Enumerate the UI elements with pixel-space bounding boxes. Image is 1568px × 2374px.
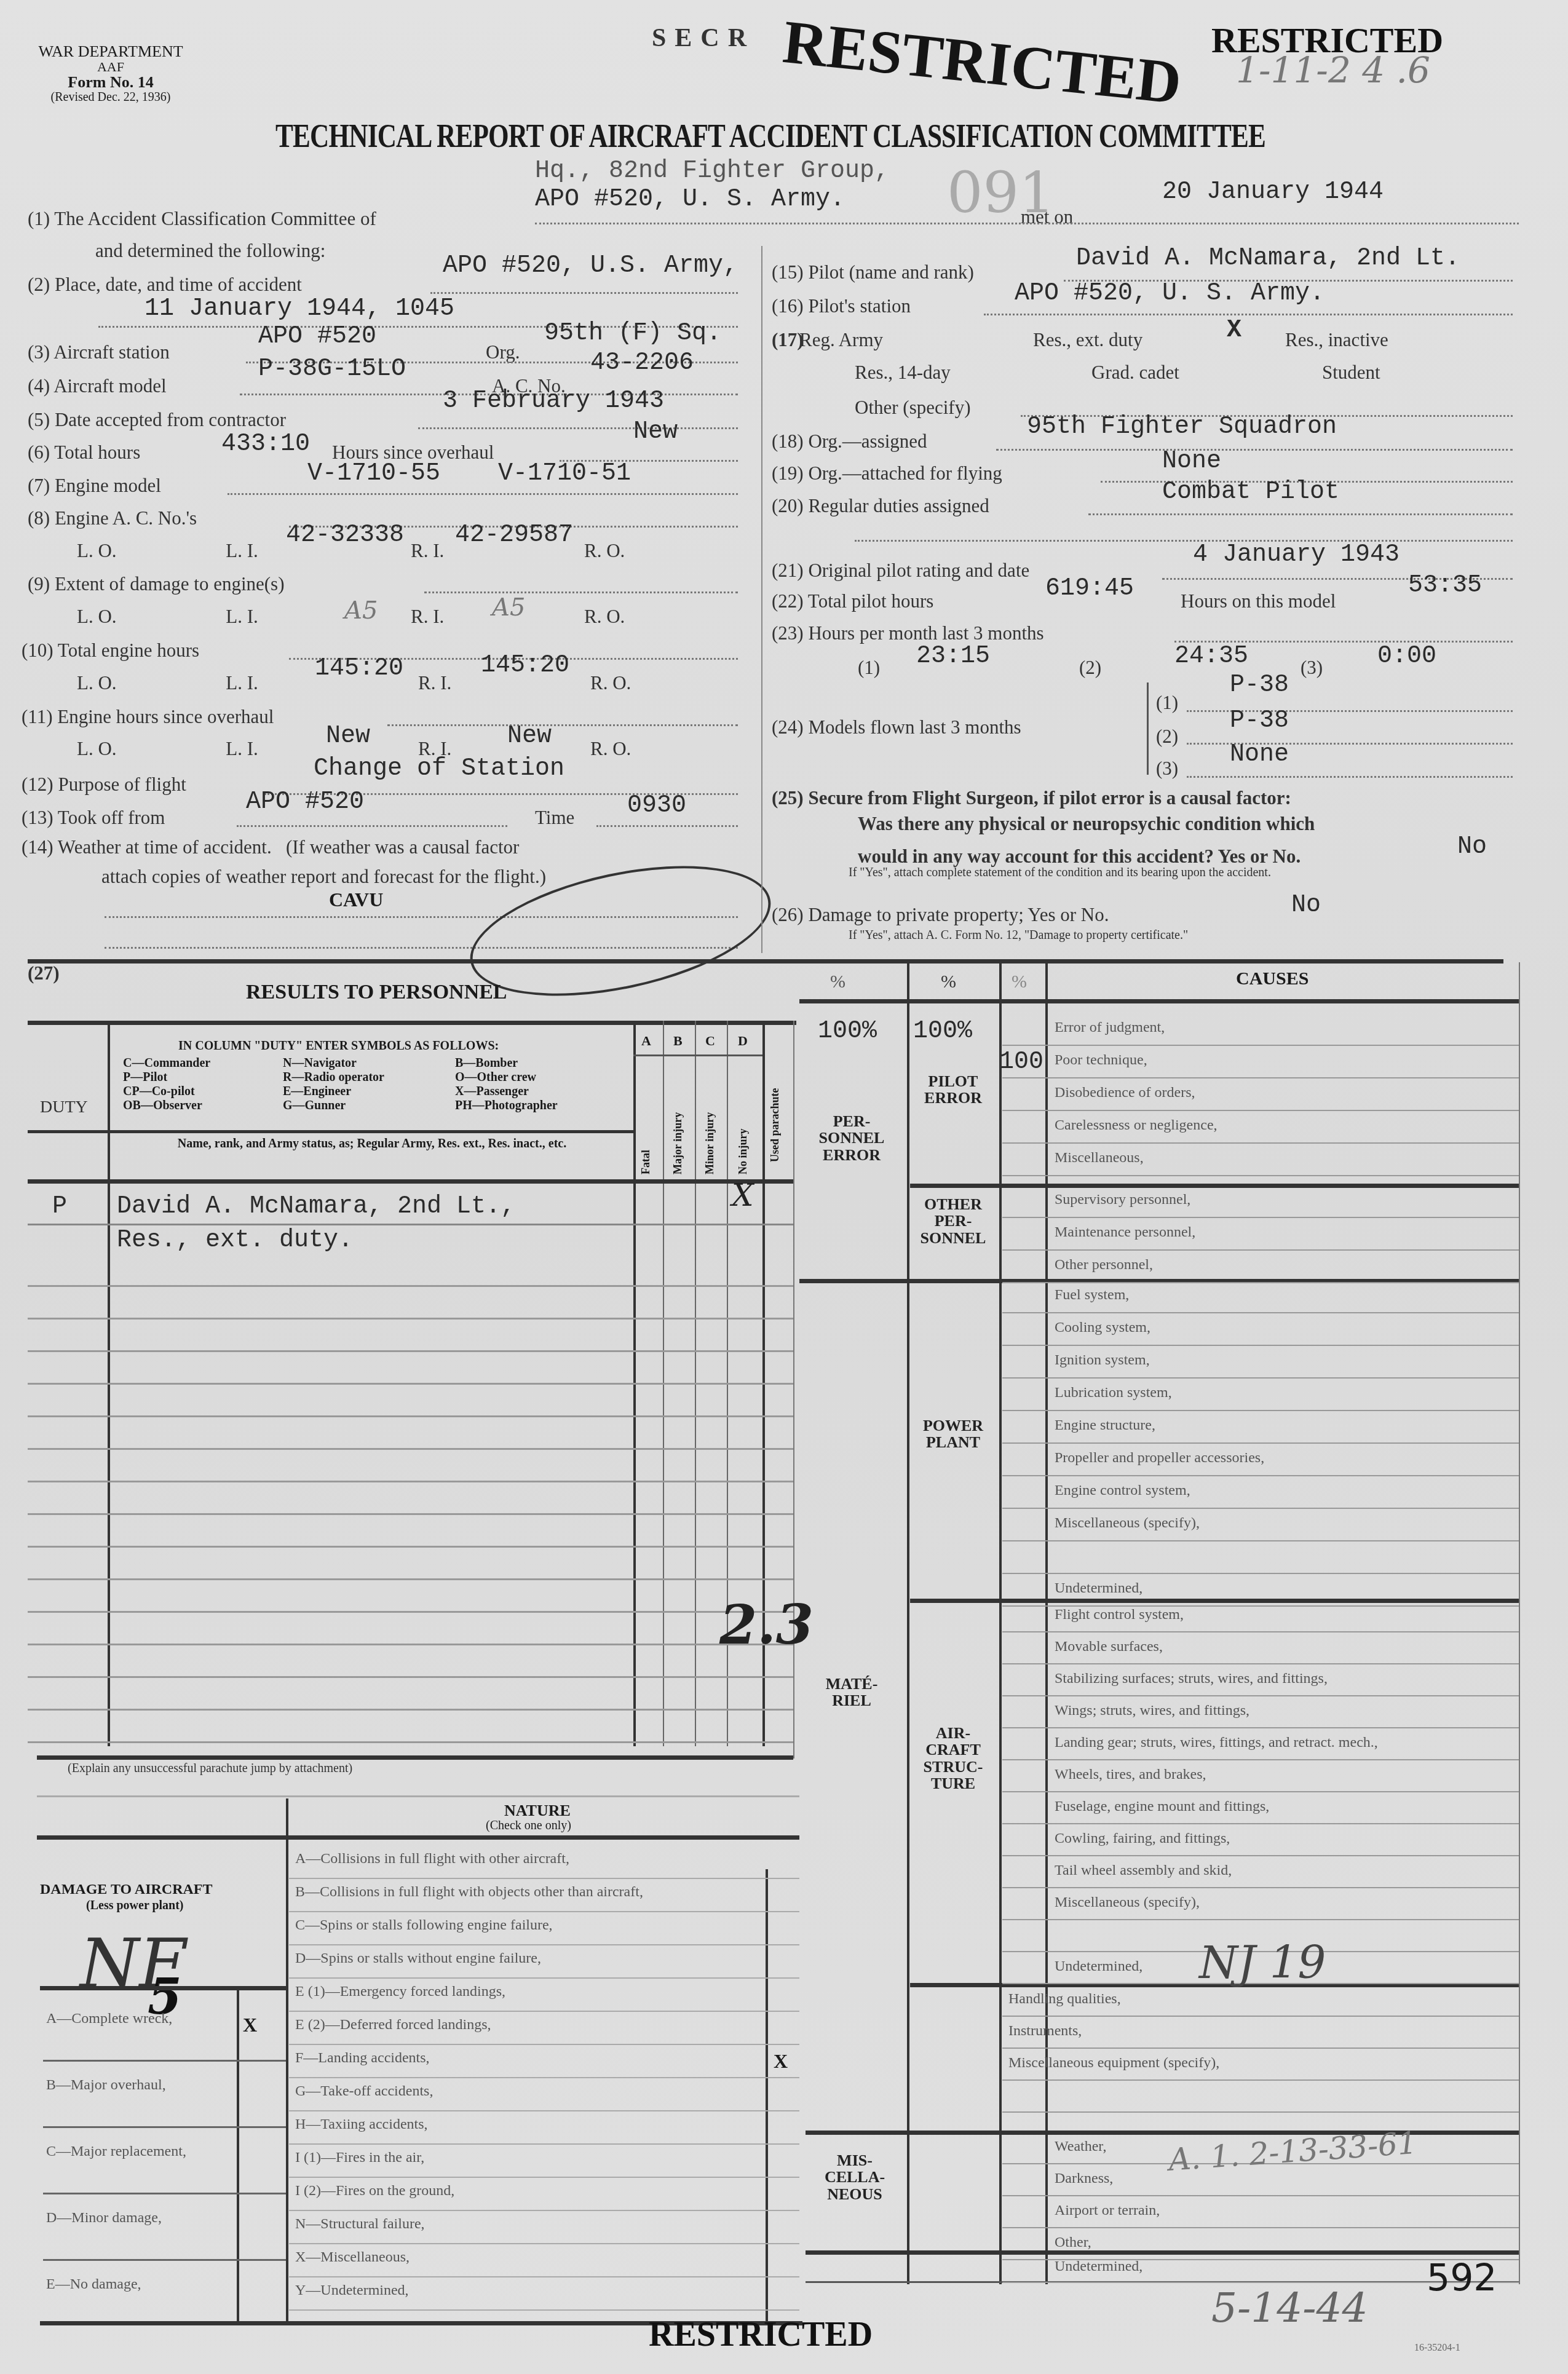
total-pilot-hours-label: (22) Total pilot hours [772, 590, 933, 612]
cause-item: Miscellaneous (specify), [1055, 1515, 1200, 1532]
cause-item: Wheels, tires, and brakes, [1055, 1767, 1206, 1783]
nature-option[interactable]: A—Collisions in full flight with other a… [295, 1851, 569, 1867]
col-used-parachute: Used parachute [769, 1088, 782, 1163]
nature-option[interactable]: X—Miscellaneous, [295, 2249, 410, 2266]
status-res-inactive: Res., inactive [1285, 329, 1388, 351]
field-place-label: (2) Place, date, and time of accident [28, 274, 302, 296]
models-brace [1147, 683, 1154, 775]
engine-ac-ri-label: R. I. [411, 540, 444, 562]
nature-option[interactable]: G—Take-off accidents, [295, 2083, 433, 2100]
field-purpose-label: (12) Purpose of flight [22, 774, 186, 796]
pilot-station-label: (16) Pilot's station [772, 295, 911, 317]
personnel-error-label: PER-SONNELERROR [799, 1113, 904, 1163]
monthly-2-value: 24:35 [1174, 643, 1248, 670]
engine-overhaul-li: New [326, 722, 370, 750]
property-note: If "Yes", attach A. C. Form No. 12, "Dam… [849, 928, 1188, 943]
other-personnel-label: OTHERPER-SONNEL [910, 1196, 996, 1246]
engine-overhaul-row: L. O. L. I. [77, 738, 258, 760]
cause-item: Darkness, [1055, 2170, 1113, 2187]
nature-option[interactable]: I (2)—Fires on the ground, [295, 2183, 454, 2199]
engine-hours-li: 145:20 [315, 655, 403, 683]
engine-hours-ro-label: R. O. [590, 672, 631, 694]
field-aircraft-model-label: (4) Aircraft model [28, 375, 167, 397]
duties-label: (20) Regular duties assigned [772, 495, 989, 517]
symbols-grid: C—CommanderN—NavigatorB—Bomber P—PilotR—… [123, 1056, 615, 1113]
nature-option[interactable]: F—Landing accidents, [295, 2050, 430, 2067]
power-plant-label: POWERPLANT [910, 1417, 996, 1451]
field-date-accepted-value: 3 February 1943 [443, 387, 664, 415]
cause-item: Supervisory personnel, [1055, 1192, 1190, 1208]
pilot-error-pct: 100% [913, 1018, 972, 1045]
cause-item: Undetermined, [1055, 2258, 1142, 2275]
field-weather-note2: attach copies of weather report and fore… [101, 866, 546, 888]
nature-option[interactable]: I (1)—Fires in the air, [295, 2150, 424, 2166]
damage-option[interactable]: D—Minor damage, [46, 2210, 162, 2226]
field-took-off-label: (13) Took off from [22, 807, 165, 829]
property-label: (26) Damage to private property; Yes or … [772, 904, 1109, 926]
status-grad-cadet: Grad. cadet [1091, 362, 1179, 384]
personnel-row-lines [28, 1254, 793, 1746]
form-revised: (Revised Dec. 22, 1936) [6, 91, 215, 104]
nature-check-mark: X [774, 2050, 788, 2073]
committee-label: (1) The Accident Classification Committe… [28, 208, 376, 230]
cause-item: Handling qualities, [1008, 1991, 1121, 2008]
pilot-error-label: PILOTERROR [910, 1073, 996, 1107]
cause-item: Miscellaneous, [1055, 1150, 1144, 1166]
pct-header-2: % [941, 971, 956, 992]
handwritten-nj: NJ 19 [1199, 1937, 1326, 1988]
engine-overhaul-ro-label: R. O. [590, 738, 631, 760]
committee-unit-line1: Hq., 82nd Fighter Group, [535, 157, 889, 185]
engine-ac-li: 42-32338 [286, 521, 404, 549]
damage-option[interactable]: A—Complete wreck, [46, 2011, 172, 2027]
engine-hours-ri-label: R. I. [418, 672, 451, 694]
rating-value: 4 January 1943 [1193, 541, 1400, 569]
restricted-stamp-large: RESTRICTED [780, 6, 1185, 118]
col-letter-b: B [673, 1033, 683, 1049]
committee-num: (1) [28, 208, 50, 229]
symbols-title: IN COLUMN "DUTY" ENTER SYMBOLS AS FOLLOW… [178, 1039, 499, 1053]
surgeon-line2: Was there any physical or neuropsychic c… [858, 813, 1315, 835]
col-no-injury: No injury [737, 1128, 750, 1174]
engine-damage-row: L. O. L. I. [77, 606, 258, 628]
parachute-footnote: (Explain any unsuccessful parachute jump… [68, 1762, 352, 1776]
engine-hours-ri: 145:20 [481, 652, 569, 679]
field-aircraft-model-value: P-38G-15LO [258, 355, 406, 383]
models-1-idx: (1) [1156, 692, 1178, 714]
nature-option[interactable]: Y—Undetermined, [295, 2282, 409, 2299]
models-3-value: None [1230, 741, 1289, 769]
nature-option[interactable]: H—Taxiing accidents, [295, 2116, 428, 2133]
org-assigned-value: 95th Fighter Squadron [1027, 413, 1337, 441]
cause-item: Other personnel, [1055, 1257, 1153, 1273]
nature-option[interactable]: E (1)—Emergency forced landings, [295, 1984, 505, 2000]
cause-item: Miscellaneous (specify), [1055, 1894, 1200, 1911]
engine-ac-ri: 42-29587 [455, 521, 573, 549]
status-student: Student [1322, 362, 1380, 384]
col-fatal: Fatal [639, 1150, 652, 1174]
footer-restricted: RESTRICTED [649, 2315, 873, 2354]
field-engine-ac-label: (8) Engine A. C. No.'s [28, 507, 197, 529]
damage-check-mark: X [243, 2014, 257, 2036]
col-minor-injury: Minor injury [703, 1112, 716, 1174]
personnel-error-pct: 100% [818, 1018, 877, 1045]
personnel-title: RESULTS TO PERSONNEL [246, 981, 507, 1004]
field-total-hours-value: 433:10 [221, 430, 310, 458]
engine-hours-row: L. O. L. I. [77, 672, 258, 694]
committee-text: The Accident Classification Committee of [54, 208, 376, 229]
cause-item: Fuel system, [1055, 1287, 1129, 1304]
damage-option[interactable]: C—Major replacement, [46, 2143, 186, 2160]
miscellaneous-label: MIS-CELLA-NEOUS [802, 2152, 907, 2202]
status-num: (17) [772, 329, 804, 351]
cause-item: Propeller and propeller accessories, [1055, 1450, 1264, 1466]
damage-subheader: (Less power plant) [86, 1899, 184, 1913]
cause-item: Undetermined, [1055, 1958, 1142, 1975]
col-letter-c: C [705, 1033, 715, 1049]
cause-item: Carelessness or negligence, [1055, 1117, 1218, 1134]
page-number: 592 [1427, 2257, 1497, 2300]
cause-item: Instruments, [1008, 2023, 1082, 2040]
committee-unit-line2: APO #520, U. S. Army. [535, 186, 845, 213]
cause-item: Undetermined, [1055, 1580, 1142, 1597]
field-weather-label: (14) Weather at time of accident. (If we… [22, 836, 519, 858]
engine-damage-ri: A5 [492, 593, 525, 622]
handwritten-date: 5-14-44 [1211, 2284, 1368, 2332]
personnel-row-1-duty: P [52, 1193, 67, 1221]
field-total-hours-label: (6) Total hours [28, 441, 140, 464]
field-weather-value: CAVU [329, 888, 383, 911]
damage-option[interactable]: E—No damage, [46, 2276, 141, 2293]
damage-option[interactable]: B—Major overhaul, [46, 2077, 166, 2094]
personnel-section-num: (27) [28, 962, 60, 984]
hours-model-label: Hours on this model [1181, 590, 1336, 612]
cause-item: Other, [1055, 2234, 1091, 2251]
field-took-off-value: APO #520 [246, 788, 364, 816]
org-attached-value: None [1162, 448, 1221, 475]
cause-item: Stabilizing surfaces; struts, wires, and… [1055, 1671, 1328, 1687]
accident-report-form: WAR DEPARTMENT AAF Form No. 14 (Revised … [0, 0, 1568, 2374]
cause-item: Maintenance personnel, [1055, 1224, 1195, 1241]
nature-header: NATURE [504, 1802, 571, 1820]
engine-damage-ro-label: R. O. [584, 606, 625, 628]
engine-ac-ro-label: R. O. [584, 540, 625, 562]
cause-item: Engine structure, [1055, 1417, 1155, 1434]
cause-item: Weather, [1055, 2139, 1106, 2155]
pct-header-1: % [830, 971, 845, 992]
cause-item: Movable surfaces, [1055, 1639, 1163, 1655]
field-engine-overhaul-label: (11) Engine hours since overhaul [22, 706, 274, 728]
org-assigned-label: (18) Org.—assigned [772, 430, 927, 453]
name-header: Name, rank, and Army status, as; Regular… [120, 1136, 624, 1151]
print-code: 16-35204-1 [1414, 2343, 1460, 2354]
col-major-injury: Major injury [671, 1112, 684, 1174]
form-number: Form No. 14 [6, 74, 215, 90]
monthly-3-value: 0:00 [1377, 643, 1436, 670]
nature-option[interactable]: B—Collisions in full flight with objects… [295, 1884, 643, 1901]
surgeon-line3: would in any way account for this accide… [858, 845, 1301, 868]
cause-item: Miscellaneous equipment (specify), [1008, 2055, 1219, 2071]
cause-item: Poor technique, [1055, 1052, 1147, 1069]
pilot-label: (15) Pilot (name and rank) [772, 261, 974, 283]
field-total-engine-hours-label: (10) Total engine hours [22, 639, 199, 662]
causes-header: CAUSES [1236, 968, 1309, 989]
form-id-block: WAR DEPARTMENT AAF Form No. 14 (Revised … [6, 43, 215, 104]
monthly-hours-label: (23) Hours per month last 3 months [772, 622, 1044, 644]
field-time-value: 0930 [627, 792, 686, 820]
page-title: TECHNICAL REPORT OF AIRCRAFT ACCIDENT CL… [275, 117, 1265, 155]
cause-item: Flight control system, [1055, 1607, 1184, 1623]
hours-model-value: 53:35 [1408, 572, 1482, 599]
status-res-14day: Res., 14-day [855, 362, 951, 384]
cause-item: Lubrication system, [1055, 1385, 1172, 1401]
monthly-1-value: 23:15 [916, 643, 990, 670]
cause-item: Cooling system, [1055, 1320, 1150, 1336]
cause-item: Ignition system, [1055, 1352, 1150, 1369]
surgeon-note: If "Yes", attach complete statement of t… [849, 866, 1507, 879]
field-time-label: Time [535, 807, 574, 829]
total-pilot-hours-value: 619:45 [1045, 575, 1134, 603]
field-org-label: Org. [486, 341, 520, 363]
col-letter-a: A [641, 1033, 651, 1049]
field-engine-damage-label: (9) Extent of damage to engine(s) [28, 573, 285, 595]
monthly-3-idx: (3) [1301, 657, 1323, 679]
met-on-date: 20 January 1944 [1162, 178, 1384, 206]
personnel-row-1-mark: X [732, 1177, 754, 1213]
nature-option[interactable]: E (2)—Deferred forced landings, [295, 2017, 491, 2033]
cause-item: Wings; struts, wires, and fittings, [1055, 1703, 1249, 1719]
handwritten-ref: 1-11-2 4 .6 [1236, 49, 1430, 91]
damage-header: DAMAGE TO AIRCRAFT [40, 1881, 212, 1898]
determined-label: and determined the following: [95, 240, 325, 262]
handwritten-23: 2.3 [719, 1593, 814, 1656]
field-engine-model-value1: V-1710-55 [307, 460, 440, 488]
nature-option[interactable]: N—Structural failure, [295, 2216, 425, 2233]
cause-item: Error of judgment, [1055, 1019, 1165, 1036]
cause-item: Fuselage, engine mount and fittings, [1055, 1798, 1269, 1815]
personnel-row-1-name: David A. McNamara, 2nd Lt., [117, 1193, 515, 1221]
secret-stamp: SECR [652, 23, 755, 53]
materiel-label: MATÉ-RIEL [799, 1676, 904, 1709]
cause-item: Disobedience of orders, [1055, 1085, 1195, 1101]
field-date-accepted-label: (5) Date accepted from contractor [28, 409, 286, 431]
engine-ac-row: L. O. L. I. [77, 540, 258, 562]
status-res-ext: Res., ext. duty [1033, 329, 1142, 351]
models-2-idx: (2) [1156, 726, 1178, 748]
org-attached-label: (19) Org.—attached for flying [772, 462, 1002, 485]
field-aircraft-station-label: (3) Aircraft station [28, 341, 170, 363]
field-engine-model-label: (7) Engine model [28, 475, 161, 497]
field-ac-no-value: 43-2206 [590, 349, 694, 377]
rating-label: (21) Original pilot rating and date [772, 560, 1029, 582]
status-res-ext-mark: X [1227, 317, 1241, 344]
surgeon-line1: (25) Secure from Flight Surgeon, if pilo… [772, 787, 1291, 809]
personnel-row-2-name: Res., ext. duty. [117, 1227, 353, 1254]
form-agency: AAF [6, 60, 215, 74]
monthly-2-idx: (2) [1079, 657, 1101, 679]
models-2-value: P-38 [1230, 707, 1289, 735]
form-dept: WAR DEPARTMENT [6, 43, 215, 60]
models-flown-label: (24) Models flown last 3 months [772, 716, 1021, 738]
pilot-station-value: APO #520, U. S. Army. [1015, 280, 1324, 307]
field-overhaul-value: New [633, 418, 678, 446]
engine-damage-li: A5 [344, 596, 378, 625]
cause-item: Landing gear; struts, wires, fittings, a… [1055, 1735, 1378, 1751]
field-aircraft-station-value: APO #520 [258, 323, 376, 350]
poor-technique-pct: 100 [999, 1048, 1043, 1076]
aircraft-structure-label: AIR-CRAFTSTRUC-TURE [910, 1725, 996, 1792]
pct-header-3: % [1012, 971, 1027, 992]
models-3-idx: (3) [1156, 758, 1178, 780]
nature-option[interactable]: D—Spins or stalls without engine failure… [295, 1950, 541, 1967]
models-1-value: P-38 [1230, 671, 1289, 699]
field-date-value: 11 January 1944, 1045 [145, 295, 454, 323]
duties-value: Combat Pilot [1162, 478, 1339, 506]
status-other: Other (specify) [855, 397, 971, 419]
duty-header: DUTY [40, 1098, 88, 1117]
status-reg-army: Reg. Army [799, 329, 883, 351]
field-org-value: 95th (F) Sq. [544, 320, 721, 347]
field-engine-model-value2: V-1710-51 [498, 460, 631, 488]
nature-subheader: (Check one only) [486, 1819, 571, 1833]
col-letter-d: D [738, 1033, 748, 1049]
engine-overhaul-ri: New [507, 722, 552, 750]
property-value: No [1291, 892, 1321, 919]
cause-item: Cowling, fairing, and fittings, [1055, 1830, 1230, 1847]
surgeon-value: No [1457, 833, 1487, 861]
cause-item: Tail wheel assembly and skid, [1055, 1862, 1232, 1879]
cause-item: Airport or terrain, [1055, 2202, 1160, 2219]
pilot-value: David A. McNamara, 2nd Lt. [1076, 245, 1460, 272]
field-purpose-value: Change of Station [314, 755, 564, 783]
nature-option[interactable]: C—Spins or stalls following engine failu… [295, 1917, 553, 1934]
engine-damage-ri-label: R. I. [411, 606, 444, 628]
monthly-1-idx: (1) [858, 657, 880, 679]
met-on-label: met on [1021, 206, 1073, 228]
cause-item: Engine control system, [1055, 1482, 1190, 1499]
field-place-value: APO #520, U.S. Army, [443, 252, 738, 280]
